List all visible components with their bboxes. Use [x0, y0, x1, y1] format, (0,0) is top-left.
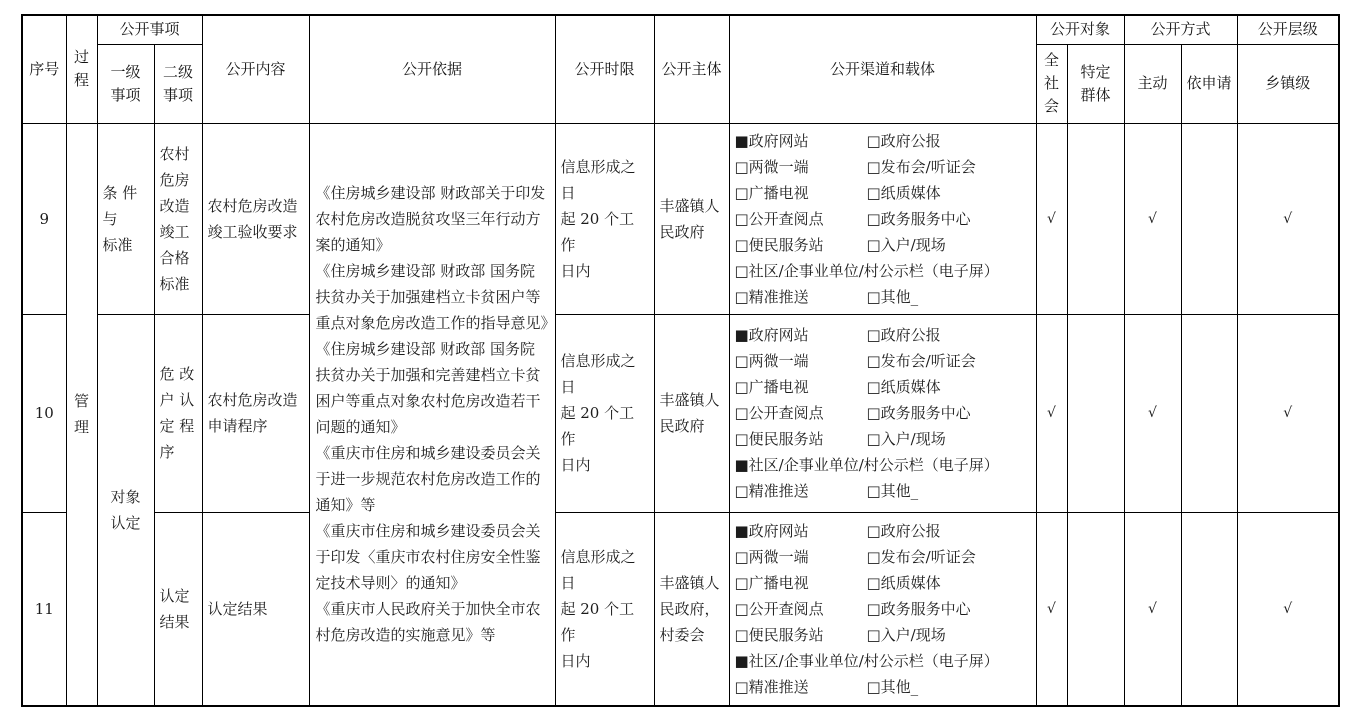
table-row: 10 对象 认定 危 改 户 认 定 程 序 农村危房改造申请程序 信息形成之日… — [22, 314, 1339, 512]
channel-option: □发布会/听证会 — [867, 348, 1033, 374]
table-row: 9 管理 条 件 与 标准 农村 危房 改造 竣工 合格 标准 农村危房改造竣工… — [22, 123, 1339, 314]
channel-option: □政务服务中心 — [867, 596, 1033, 622]
target-specific-cell — [1067, 314, 1124, 512]
channel-option: □两微一端 — [735, 348, 867, 374]
channel-option: □纸质媒体 — [867, 180, 1033, 206]
channel-option: □精准推送 — [735, 478, 867, 504]
channel-option: □政府公报 — [867, 128, 1033, 154]
level-town-checkmark-cell: √ — [1237, 512, 1339, 706]
target-specific-cell — [1067, 123, 1124, 314]
channel-option: □精准推送 — [735, 284, 867, 310]
table-row: 11 认定 结果 认定结果 信息形成之日 起 20 个工作 日内 丰盛镇人民政府… — [22, 512, 1339, 706]
channel-option: □政务服务中心 — [867, 400, 1033, 426]
channel-option: □政府公报 — [867, 518, 1033, 544]
channel-option: □便民服务站 — [735, 426, 867, 452]
target-all-checkmark-cell: √ — [1036, 123, 1067, 314]
basis-doc: 《重庆市住房和城乡建设委员会关于印发〈重庆市农村住房安全性鉴定技术导则〉的通知》 — [316, 518, 549, 596]
channel-option: □其他_ — [867, 478, 1033, 504]
time-limit-cell: 信息形成之日 起 20 个工作 日内 — [555, 512, 654, 706]
method-active-checkmark-cell: √ — [1124, 123, 1181, 314]
channel-option: □发布会/听证会 — [867, 154, 1033, 180]
basis-doc: 《重庆市住房和城乡建设委员会关于进一步规范农村危房改造工作的通知》等 — [316, 440, 549, 518]
basis-doc: 《重庆市人民政府关于加快全市农村危房改造的实施意见》等 — [316, 596, 549, 648]
channel-option: □社区/企事业单位/村公示栏（电子屏） — [735, 258, 1033, 284]
channel-option: ■政府网站 — [735, 322, 867, 348]
method-request-cell — [1181, 314, 1237, 512]
channel-option: □便民服务站 — [735, 622, 867, 648]
seq-cell: 11 — [22, 512, 66, 706]
col-header-method-active: 主动 — [1124, 44, 1181, 123]
target-specific-cell — [1067, 512, 1124, 706]
col-header-target-specific: 特定 群体 — [1067, 44, 1124, 123]
level1-cell: 对象 认定 — [97, 314, 154, 706]
content-cell: 农村危房改造申请程序 — [202, 314, 309, 512]
disclosure-table: 序号 过程 公开事项 公开内容 公开依据 公开时限 公开主体 公开渠道和载体 公… — [21, 14, 1340, 707]
subject-cell: 丰盛镇人民政府 — [654, 123, 729, 314]
col-header-target: 公开对象 — [1036, 15, 1124, 44]
channel-option: □广播电视 — [735, 180, 867, 206]
channel-option: □入户/现场 — [867, 232, 1033, 258]
channel-list: ■政府网站 □政府公报 □两微一端 □发布会/听证会 □广播电视 □纸质媒体 □… — [735, 128, 1033, 310]
process-cell: 管理 — [66, 123, 97, 706]
time-limit-cell: 信息形成之日 起 20 个工作 日内 — [555, 123, 654, 314]
channel-option: □入户/现场 — [867, 622, 1033, 648]
channel-option: □纸质媒体 — [867, 570, 1033, 596]
channel-option: ■政府网站 — [735, 518, 867, 544]
seq-cell: 10 — [22, 314, 66, 512]
level2-cell: 农村 危房 改造 竣工 合格 标准 — [154, 123, 202, 314]
channel-option: □入户/现场 — [867, 426, 1033, 452]
channel-option: □发布会/听证会 — [867, 544, 1033, 570]
col-header-level2-item: 二级 事项 — [154, 44, 202, 123]
channel-option: □精准推送 — [735, 674, 867, 700]
method-active-checkmark-cell: √ — [1124, 314, 1181, 512]
col-header-level1-item: 一级 事项 — [97, 44, 154, 123]
basis-cell: 《住房城乡建设部 财政部关于印发农村危房改造脱贫攻坚三年行动方案的通知》 《住房… — [309, 123, 555, 706]
col-header-time-limit: 公开时限 — [555, 15, 654, 123]
channel-option: □广播电视 — [735, 570, 867, 596]
level-town-checkmark-cell: √ — [1237, 314, 1339, 512]
col-header-disclosure-items: 公开事项 — [97, 15, 202, 44]
col-header-target-all: 全 社 会 — [1036, 44, 1067, 123]
channel-option: ■政府网站 — [735, 128, 867, 154]
basis-doc: 《住房城乡建设部 财政部 国务院扶贫办关于加强建档立卡贫困户等重点对象危房改造工… — [316, 258, 549, 336]
target-all-checkmark-cell: √ — [1036, 512, 1067, 706]
col-header-level-town: 乡镇级 — [1237, 44, 1339, 123]
level1-cell: 条 件 与 标准 — [97, 123, 154, 314]
channel-option: □公开查阅点 — [735, 596, 867, 622]
channels-cell: ■政府网站 □政府公报 □两微一端 □发布会/听证会 □广播电视 □纸质媒体 □… — [729, 123, 1036, 314]
channel-option: □广播电视 — [735, 374, 867, 400]
subject-cell: 丰盛镇人民政府 — [654, 314, 729, 512]
channel-option: □公开查阅点 — [735, 400, 867, 426]
channel-option: □政务服务中心 — [867, 206, 1033, 232]
method-active-checkmark-cell: √ — [1124, 512, 1181, 706]
col-header-method-request: 依申请 — [1181, 44, 1237, 123]
basis-doc: 《住房城乡建设部 财政部关于印发农村危房改造脱贫攻坚三年行动方案的通知》 — [316, 180, 549, 258]
channel-list: ■政府网站 □政府公报 □两微一端 □发布会/听证会 □广播电视 □纸质媒体 □… — [735, 322, 1033, 504]
content-cell: 认定结果 — [202, 512, 309, 706]
channel-option: ■社区/企事业单位/村公示栏（电子屏） — [735, 648, 1033, 674]
channel-option: □两微一端 — [735, 154, 867, 180]
col-header-seq: 序号 — [22, 15, 66, 123]
method-request-cell — [1181, 123, 1237, 314]
channel-option: □便民服务站 — [735, 232, 867, 258]
content-cell: 农村危房改造竣工验收要求 — [202, 123, 309, 314]
seq-cell: 9 — [22, 123, 66, 314]
channel-list: ■政府网站 □政府公报 □两微一端 □发布会/听证会 □广播电视 □纸质媒体 □… — [735, 518, 1033, 700]
level2-cell: 危 改 户 认 定 程 序 — [154, 314, 202, 512]
channel-option: □纸质媒体 — [867, 374, 1033, 400]
col-header-subject: 公开主体 — [654, 15, 729, 123]
col-header-basis: 公开依据 — [309, 15, 555, 123]
channels-cell: ■政府网站 □政府公报 □两微一端 □发布会/听证会 □广播电视 □纸质媒体 □… — [729, 314, 1036, 512]
col-header-content: 公开内容 — [202, 15, 309, 123]
level-town-checkmark-cell: √ — [1237, 123, 1339, 314]
col-header-process: 过程 — [66, 15, 97, 123]
channel-option: □公开查阅点 — [735, 206, 867, 232]
basis-doc: 《住房城乡建设部 财政部 国务院扶贫办关于加强和完善建档立卡贫困户等重点对象农村… — [316, 336, 549, 440]
channel-option: □其他_ — [867, 674, 1033, 700]
target-all-checkmark-cell: √ — [1036, 314, 1067, 512]
channels-cell: ■政府网站 □政府公报 □两微一端 □发布会/听证会 □广播电视 □纸质媒体 □… — [729, 512, 1036, 706]
subject-cell: 丰盛镇人民政府，村委会 — [654, 512, 729, 706]
level2-cell: 认定 结果 — [154, 512, 202, 706]
channel-option: □两微一端 — [735, 544, 867, 570]
col-header-channels: 公开渠道和载体 — [729, 15, 1036, 123]
channel-option: □政府公报 — [867, 322, 1033, 348]
col-header-method: 公开方式 — [1124, 15, 1237, 44]
method-request-cell — [1181, 512, 1237, 706]
channel-option: □其他_ — [867, 284, 1033, 310]
channel-option: ■社区/企事业单位/村公示栏（电子屏） — [735, 452, 1033, 478]
time-limit-cell: 信息形成之日 起 20 个工作 日内 — [555, 314, 654, 512]
col-header-level: 公开层级 — [1237, 15, 1339, 44]
